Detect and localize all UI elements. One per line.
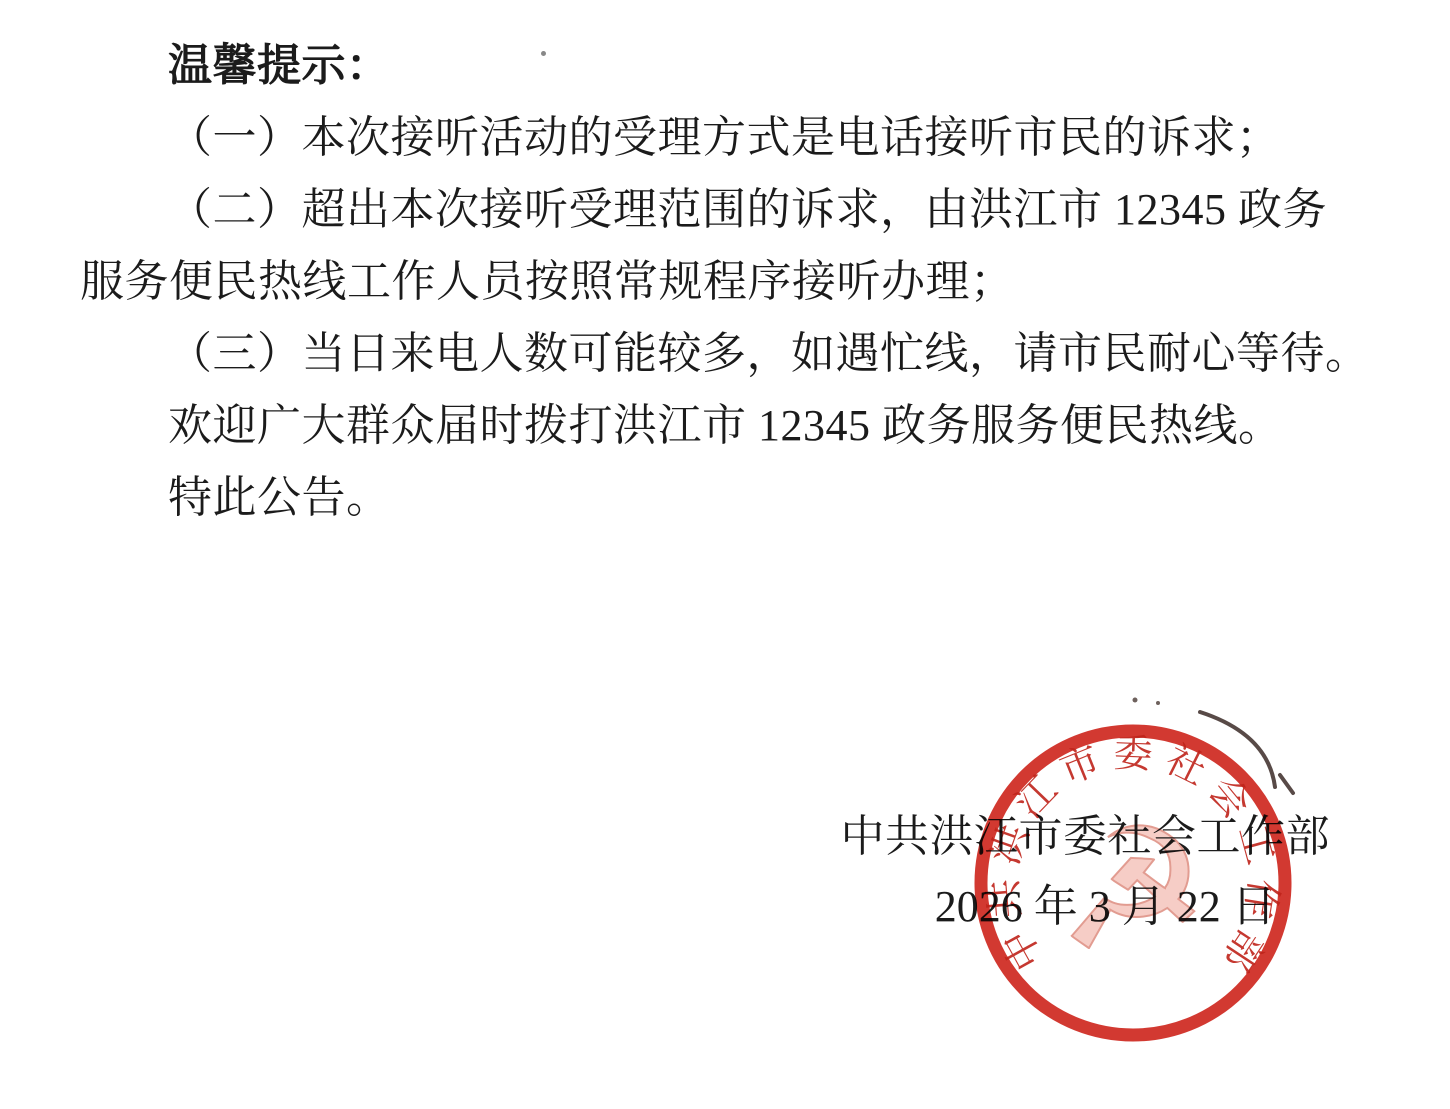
body-line: 欢迎广大群众届时拨打洪江市 12345 政务服务便民热线。 <box>80 390 1375 462</box>
scan-artifact-marks <box>1120 690 1330 820</box>
body-line: （三）当日来电人数可能较多，如遇忙线，请市民耐心等待。 <box>80 318 1375 390</box>
body-line: （一）本次接听活动的受理方式是电话接听市民的诉求； <box>80 102 1375 174</box>
scan-speck <box>1133 698 1138 703</box>
scan-speck <box>1156 701 1160 705</box>
announcement-document: 温馨提示：（一）本次接听活动的受理方式是电话接听市民的诉求；（二）超出本次接听受… <box>0 0 1450 1109</box>
body-line: （二）超出本次接听受理范围的诉求，由洪江市 12345 政务 <box>80 174 1375 246</box>
scan-dot-artifact <box>541 51 546 56</box>
signature-block: 中共洪江市委社会工作部 2026 年 3 月 22 日 <box>841 806 1331 938</box>
body-line: 特此公告。 <box>80 462 1375 534</box>
signature-org: 中共洪江市委社会工作部 <box>841 806 1331 868</box>
scan-dash-artifact <box>1280 775 1293 793</box>
body-line: 温馨提示： <box>80 30 1375 102</box>
notice-body: 温馨提示：（一）本次接听活动的受理方式是电话接听市民的诉求；（二）超出本次接听受… <box>80 30 1375 534</box>
body-line: 服务便民热线工作人员按照常规程序接听办理； <box>80 246 1375 318</box>
scan-curve-artifact <box>1200 712 1275 787</box>
signature-date: 2026 年 3 月 22 日 <box>861 876 1351 938</box>
